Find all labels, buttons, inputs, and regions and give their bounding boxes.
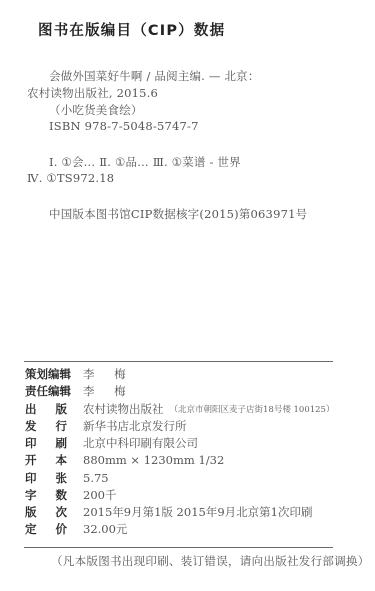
colophon-row-price: 定 价 32.00元: [25, 521, 127, 537]
row-value: 李 梅: [83, 366, 134, 382]
colophon-row-sheets: 印 张 5.75: [25, 470, 109, 486]
row-value: 32.00元: [83, 521, 127, 537]
publisher-address: （北京市朝阳区麦子店街18号楼 100125）: [170, 403, 335, 415]
row-value: 880mm × 1230mm 1/32: [83, 453, 224, 467]
colophon-row-publisher: 出 版 农村读物出版社 （北京市朝阳区麦子店街18号楼 100125）: [25, 401, 334, 417]
error-replacement-notice: （凡本版图书出现印刷、装订错误，请向出版社发行部调换）: [51, 553, 370, 569]
row-label: 版 次: [25, 504, 83, 520]
colophon-row-distributor: 发 行 新华书店北京发行所: [25, 418, 187, 434]
top-divider: [24, 361, 333, 362]
row-label: 责任编辑: [25, 383, 83, 399]
row-label: 出 版: [25, 401, 83, 417]
row-label: 定 价: [25, 521, 83, 537]
colophon-row-format: 开 本 880mm × 1230mm 1/32: [25, 452, 224, 468]
row-value: 200千: [83, 487, 116, 503]
row-label: 印 刷: [25, 435, 83, 451]
row-label: 发 行: [25, 418, 83, 434]
cip-isbn: ISBN 978-7-5048-5747-7: [49, 119, 199, 133]
colophon-row-planning-editor: 策划编辑 李 梅: [25, 366, 134, 382]
cip-title-line: 会做外国菜好牛啊 / 品阅主编. — 北京：: [49, 68, 260, 84]
row-value: 新华书店北京发行所: [83, 418, 187, 434]
row-value: 李 梅: [83, 383, 134, 399]
cip-classification-line2: Ⅳ. ①TS972.18: [27, 171, 114, 185]
row-label: 印 张: [25, 470, 83, 486]
bottom-divider: [24, 547, 333, 548]
row-value: 农村读物出版社: [83, 401, 164, 417]
row-label: 字 数: [25, 487, 83, 503]
page-title: 图书在版编目（CIP）数据: [38, 19, 225, 40]
colophon-row-printer: 印 刷 北京中科印刷有限公司: [25, 435, 198, 451]
row-value: 北京中科印刷有限公司: [83, 435, 198, 451]
cip-publisher-line: 农村读物出版社, 2015.6: [27, 85, 158, 101]
cip-verification-number: 中国版本图书馆CIP数据核字(2015)第063971号: [49, 206, 307, 222]
row-label: 开 本: [25, 452, 83, 468]
cip-classification-line1: Ⅰ. ①会… Ⅱ. ①品… Ⅲ. ①菜谱 - 世界: [49, 154, 241, 170]
row-value: 5.75: [83, 471, 109, 485]
row-value: 2015年9月第1版 2015年9月北京第1次印刷: [83, 504, 312, 520]
colophon-row-edition: 版 次 2015年9月第1版 2015年9月北京第1次印刷: [25, 504, 312, 520]
row-label: 策划编辑: [25, 366, 83, 382]
cip-series-line: （小吃货美食绘）: [49, 102, 143, 118]
colophon-row-responsible-editor: 责任编辑 李 梅: [25, 383, 134, 399]
colophon-row-word-count: 字 数 200千: [25, 487, 116, 503]
